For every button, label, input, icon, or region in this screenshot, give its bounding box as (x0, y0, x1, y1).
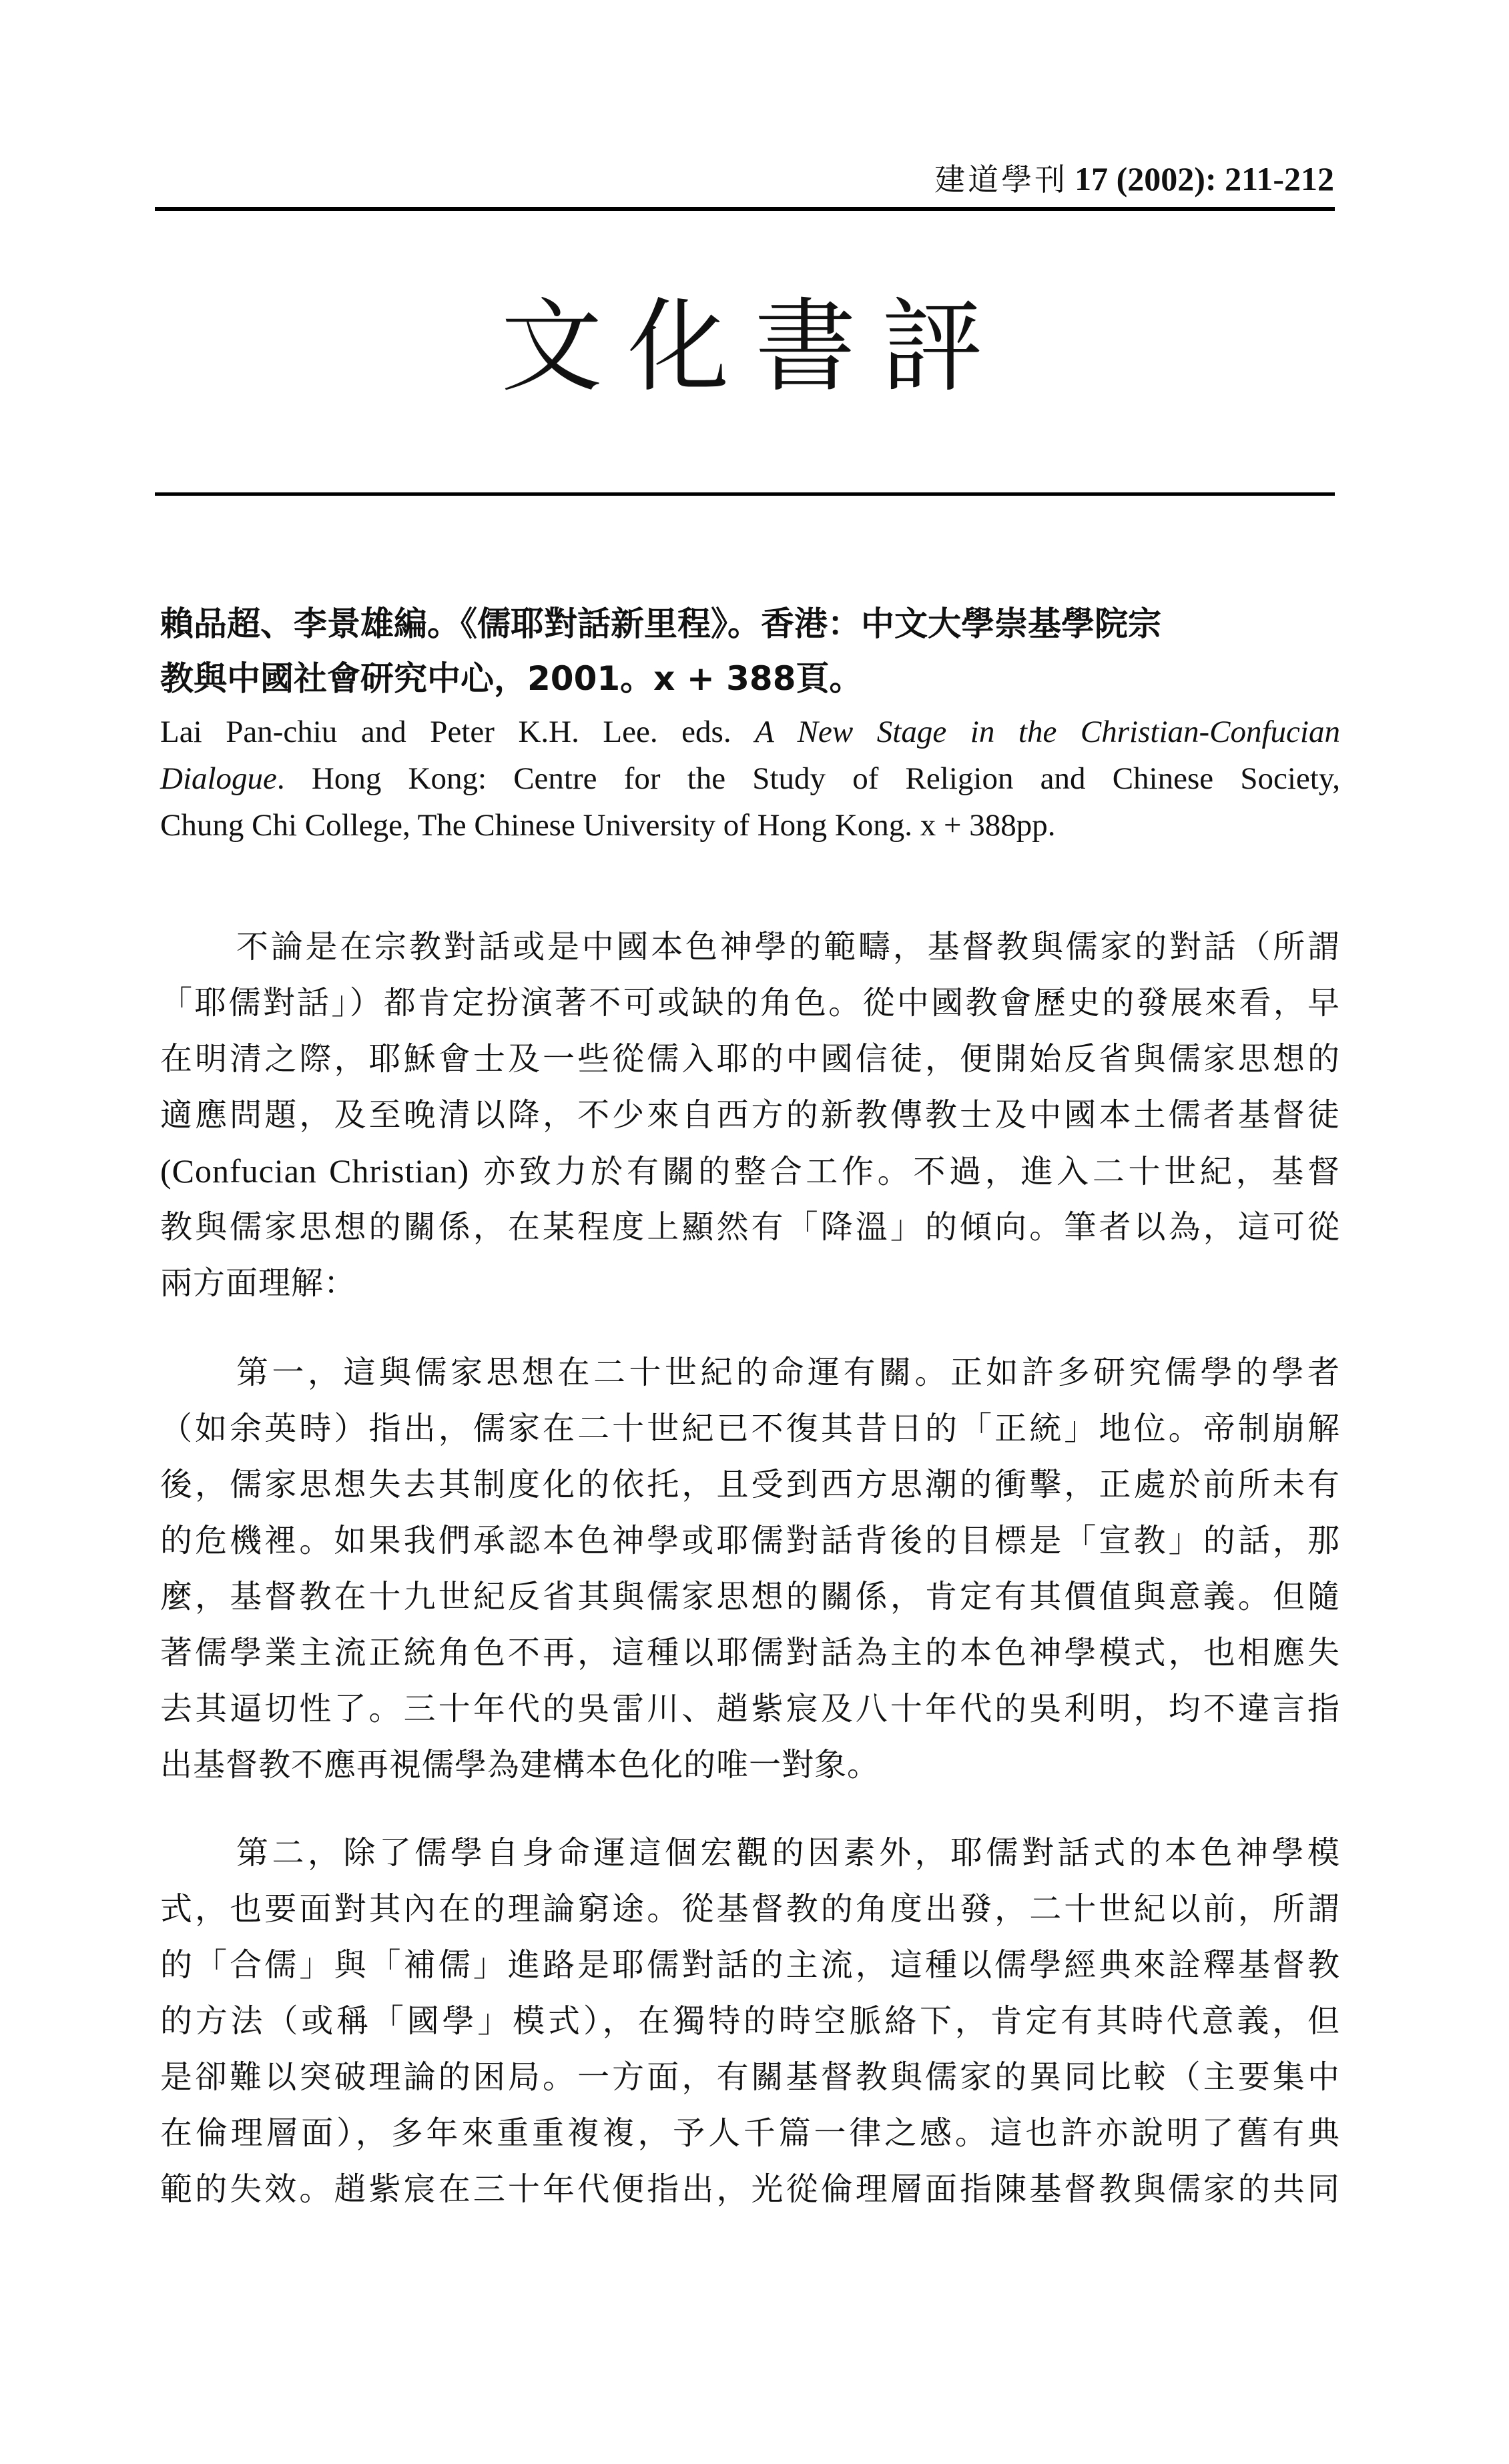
title-rule (155, 492, 1335, 496)
paragraph-1-line-7: 兩方面理解： (160, 1262, 1340, 1304)
bib-english-line-2: Dialogue. Hong Kong: Centre for the Stud… (160, 758, 1340, 799)
paragraph-1-line-5: (Confucian Christian) 亦致力於有關的整合工作。不過，進入二… (160, 1150, 1340, 1192)
section-title: 文化書評 (0, 290, 1509, 404)
paragraph-1-line-4: 適應問題，及至晚清以降，不少來自西方的新教傳教士及中國本土儒者基督徒 (160, 1094, 1340, 1136)
bib-chinese-line-1: 賴品超、李景雄編。《儒耶對話新里程》。香港：中文大學崇基學院宗 (160, 600, 1340, 647)
bib-english-line-3: Chung Chi College, The Chinese Universit… (160, 805, 1340, 846)
header-rule (155, 207, 1335, 211)
bib-english-line-1: Lai Pan-chiu and Peter K.H. Lee. eds. A … (160, 711, 1340, 753)
paragraph-1-line-3: 在明清之際，耶穌會士及一些從儒入耶的中國信徒，便開始反省與儒家思想的 (160, 1038, 1340, 1080)
running-head: 建道學刊17 (2002): 211-212 (934, 159, 1334, 199)
paragraph-2-line-4: 的危機裡。如果我們承認本色神學或耶儒對話背後的目標是「宣教」的話，那 (160, 1520, 1340, 1561)
paragraph-1-line-1: 不論是在宗教對話或是中國本色神學的範疇，基督教與儒家的對話（所謂 (236, 926, 1340, 967)
bib-authors: Lai Pan-chiu and Peter K.H. Lee. eds. (160, 715, 755, 749)
paragraph-1-line-6: 教與儒家思想的關係，在某程度上顯然有「降溫」的傾向。筆者以為，這可從 (160, 1206, 1340, 1248)
paragraph-3-line-3: 的「合儒」與「補儒」進路是耶儒對話的主流，這種以儒學經典來詮釋基督教 (160, 1944, 1340, 1986)
bib-title-part-2: Dialogue (160, 761, 277, 796)
paragraph-2-line-2: （如余英時）指出，儒家在二十世紀已不復其昔日的「正統」地位。帝制崩解 (160, 1408, 1340, 1449)
paragraph-2-line-7: 去其逼切性了。三十年代的吳雷川、趙紫宸及八十年代的吳利明，均不違言指 (160, 1688, 1340, 1729)
paragraph-2-line-3: 後，儒家思想失去其制度化的依托，且受到西方思潮的衝擊，正處於前所未有 (160, 1464, 1340, 1505)
paragraph-2-line-1: 第一，這與儒家思想在二十世紀的命運有關。正如許多研究儒學的學者 (236, 1352, 1340, 1393)
paragraph-3-line-6: 在倫理層面），多年來重重複複，予人千篇一律之感。這也許亦說明了舊有典 (160, 2112, 1340, 2154)
paragraph-3-line-2: 式，也要面對其內在的理論窮途。從基督教的角度出發，二十世紀以前，所謂 (160, 1888, 1340, 1930)
paragraph-2-line-6: 著儒學業主流正統角色不再，這種以耶儒對話為主的本色神學模式，也相應失 (160, 1632, 1340, 1673)
paragraph-1-line-5-text: 亦致力於有關的整合工作。不過，進入二十世紀，基督 (483, 1153, 1340, 1190)
bib-title-part-1: A New Stage in the Christian-Confucian (755, 715, 1340, 749)
paragraph-1-line-2: 「耶儒對話」）都肯定扮演著不可或缺的角色。從中國教會歷史的發展來看，早 (160, 982, 1340, 1023)
paragraph-3-line-7: 範的失效。趙紫宸在三十年代便指出，光從倫理層面指陳基督教與儒家的共同 (160, 2168, 1340, 2210)
paragraph-3-line-1: 第二，除了儒學自身命運這個宏觀的因素外，耶儒對話式的本色神學模 (236, 1832, 1340, 1874)
journal-name: 建道學刊 (934, 161, 1068, 197)
latin-term: (Confucian Christian) (160, 1152, 469, 1190)
bib-chinese-line-2: 教與中國社會研究中心，2001。x + 388頁。 (160, 655, 1340, 702)
paragraph-3-line-4: 的方法（或稱「國學」模式），在獨特的時空脈絡下，肯定有其時代意義，但 (160, 2000, 1340, 2042)
paragraph-2-line-8: 出基督教不應再視儒學為建構本色化的唯一對象。 (160, 1744, 1340, 1785)
journal-citation: 17 (2002): 211-212 (1075, 160, 1334, 197)
paragraph-3-line-5: 是卻難以突破理論的困局。一方面，有關基督教與儒家的異同比較（主要集中 (160, 2056, 1340, 2098)
bib-publisher: . Hong Kong: Centre for the Study of Rel… (277, 761, 1340, 796)
paragraph-2-line-5: 麼，基督教在十九世紀反省其與儒家思想的關係，肯定有其價值與意義。但隨 (160, 1576, 1340, 1617)
